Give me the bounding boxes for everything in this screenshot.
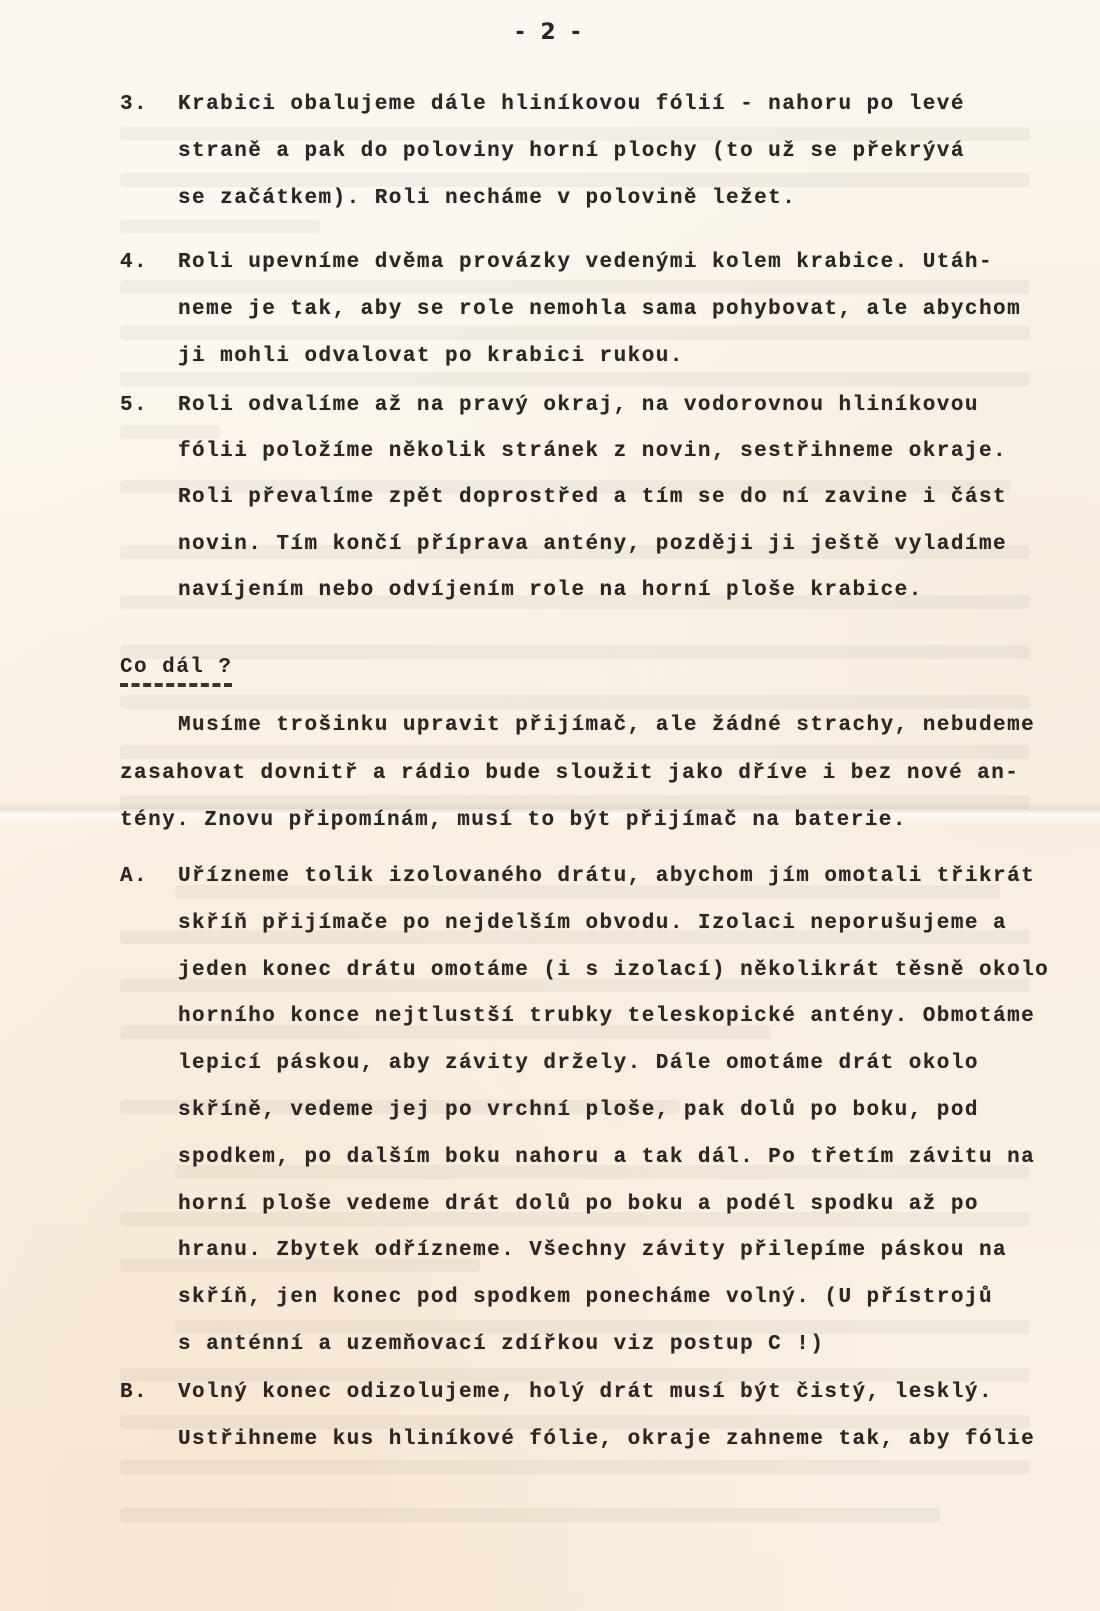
list-item-line: Roli upevníme dvěma provázky vedenými ko… (178, 250, 993, 276)
list-item-line: navíjením nebo odvíjením role na horní p… (178, 578, 923, 604)
paragraph-line: tény. Znovu připomínám, musí to být přij… (120, 808, 907, 834)
list-item-line: Roli převalíme zpět doprostřed a tím se … (178, 485, 1007, 511)
list-item-line: Krabici obalujeme dále hliníkovou fólií … (178, 92, 965, 118)
list-item-line: novin. Tím končí příprava antény, pozděj… (178, 532, 1007, 558)
list-item-marker: 5. (120, 393, 148, 419)
list-item-line: Uřízneme tolik izolovaného drátu, abycho… (178, 864, 1035, 890)
list-item-marker: 4. (120, 250, 148, 276)
list-item-marker: A. (120, 864, 148, 890)
list-item-line: skříň, jen konec pod spodkem ponecháme v… (178, 1285, 993, 1311)
list-item-marker: B. (120, 1380, 148, 1406)
section-heading: Co dál ? (120, 656, 232, 687)
list-item-line: se začátkem). Roli necháme v polovině le… (178, 186, 796, 212)
list-item-line: horní ploše vedeme drát dolů po boku a p… (178, 1192, 979, 1218)
list-item-line: Volný konec odizolujeme, holý drát musí … (178, 1380, 993, 1406)
list-item-line: s anténní a uzemňovací zdířkou viz postu… (178, 1332, 824, 1358)
list-item-line: skříně, vedeme jej po vrchní ploše, pak … (178, 1098, 979, 1124)
list-item-marker: 3. (120, 92, 148, 118)
paragraph-line: zasahovat dovnitř a rádio bude sloužit j… (120, 761, 1019, 787)
list-item-line: Ustřihneme kus hliníkové fólie, okraje z… (178, 1427, 1035, 1453)
page-number: - 2 - (0, 20, 1100, 45)
list-item-line: neme je tak, aby se role nemohla sama po… (178, 297, 1021, 323)
list-item-line: hranu. Zbytek odřízneme. Všechny závity … (178, 1238, 1007, 1264)
list-item-line: fólii položíme několik stránek z novin, … (178, 439, 1007, 465)
list-item-line: lepicí páskou, aby závity držely. Dále o… (178, 1051, 979, 1077)
list-item-line: jeden konec drátu omotáme (i s izolací) … (178, 958, 1049, 984)
paragraph-line: Musíme trošinku upravit přijímač, ale žá… (178, 713, 1035, 739)
list-item-line: horního konce nejtlustší trubky teleskop… (178, 1004, 1035, 1030)
list-item-line: straně a pak do poloviny horní plochy (t… (178, 139, 965, 165)
list-item-line: skříň přijímače po nejdelším obvodu. Izo… (178, 911, 1007, 937)
list-item-line: ji mohli odvalovat po krabici rukou. (178, 344, 684, 370)
list-item-line: spodkem, po dalším boku nahoru a tak dál… (178, 1145, 1035, 1171)
list-item-line: Roli odvalíme až na pravý okraj, na vodo… (178, 393, 979, 419)
